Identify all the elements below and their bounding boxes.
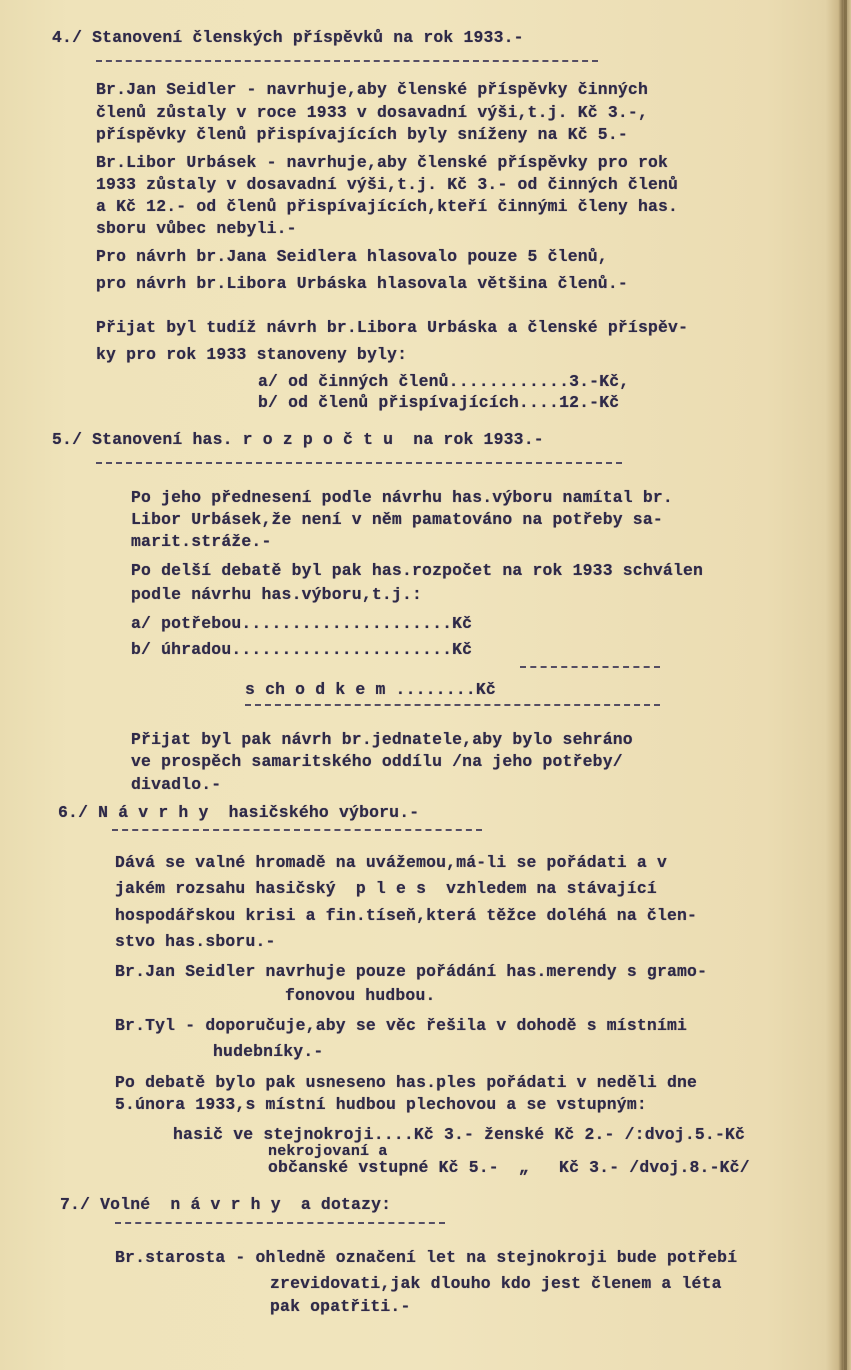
ticket-price-uniformed: hasič ve stejnokroji....Kč 3.- ženské Kč… [173,1125,745,1144]
section-5-line: marit.stráže.- [131,532,272,551]
section-5-line: Přijat byl pak návrh br.jednatele,aby by… [131,730,633,749]
section-6-line: stvo has.sboru.- [115,932,276,951]
page-binding-edge [844,0,847,1370]
section-6-line: Dává se valné hromadě na uvážemou,má-li … [115,853,667,872]
section-4-underline [96,60,598,62]
section-4-line: 1933 zůstaly v dosavadní výši,t.j. Kč 3.… [96,175,678,194]
budget-sum-rule [520,666,660,668]
section-4-line: pro návrh br.Libora Urbáska hlasovala vě… [96,274,628,293]
section-5-line: divadlo.- [131,775,221,794]
section-7-line: zrevidovati,jak dlouho kdo jest členem a… [270,1274,722,1293]
budget-deficit-rule [245,704,660,706]
section-5-line: Libor Urbásek,že není v něm pamatováno n… [131,510,663,529]
section-4-line: Přijat byl tudíž návrh br.Libora Urbáska… [96,318,688,337]
section-6-line: 5.února 1933,s místní hudbou plechovou a… [115,1095,647,1114]
section-6-line: fonovou hudbou. [285,986,436,1005]
budget-deficit: s ch o d k e m ........Kč [245,680,496,699]
section-4-line: Pro návrh br.Jana Seidlera hlasovalo pou… [96,247,608,266]
section-6-heading: 6./ N á v r h y hasičského výboru.- [58,803,419,822]
budget-revenue: b/ úhradou......................Kč [131,640,472,659]
section-5-underline [96,462,622,464]
section-5-line: ve prospěch samaritského oddílu /na jeho… [131,752,623,771]
typewritten-page: 4./ Stanovení členských příspěvků na rok… [0,0,851,1370]
section-4-line: příspěvky členů přispívajících byly sníž… [96,125,628,144]
budget-expenses: a/ potřebou.....................Kč [131,614,472,633]
section-7-heading: 7./ Volné n á v r h y a dotazy: [60,1195,391,1214]
section-6-underline [112,829,482,831]
section-6-line: Po debatě bylo pak usneseno has.ples poř… [115,1073,697,1092]
section-4-line: ky pro rok 1933 stanoveny byly: [96,345,407,364]
section-5-line: Po delší debatě byl pak has.rozpočet na … [131,561,703,580]
section-4-line: Br.Jan Seidler - navrhuje,aby členské př… [96,80,648,99]
fee-item-active: a/ od činných členů............3.-Kč, [258,372,629,391]
section-5-heading: 5./ Stanovení has. r o z p o č t u na ro… [52,430,544,449]
section-7-line: pak opatřiti.- [270,1297,411,1316]
section-7-line: Br.starosta - ohledně označení let na st… [115,1248,737,1267]
section-6-line: Br.Jan Seidler navrhuje pouze pořádání h… [115,962,707,981]
section-5-line: podle návrhu has.výboru,t.j.: [131,585,422,604]
section-5-line: Po jeho přednesení podle návrhu has.výbo… [131,488,673,507]
section-6-line: jakém rozsahu hasičský p l e s vzhledem … [115,879,657,898]
section-7-underline [115,1222,445,1224]
section-4-line: sboru vůbec nebyli.- [96,219,297,238]
section-4-line: a Kč 12.- od členů přispívajících,kteří … [96,197,678,216]
section-6-line: hospodářskou krisi a fin.tíseň,která těž… [115,906,697,925]
section-4-line: členů zůstaly v roce 1933 v dosavadní vý… [96,103,648,122]
section-6-line: Br.Tyl - doporučuje,aby se věc řešila v … [115,1016,687,1035]
section-4-heading: 4./ Stanovení členských příspěvků na rok… [52,28,524,47]
section-4-line: Br.Libor Urbásek - navrhuje,aby členské … [96,153,668,172]
section-6-line: hudebníky.- [213,1042,323,1061]
ticket-price-civilian: občanské vstupné Kč 5.- „ Kč 3.- /dvoj.8… [268,1158,750,1177]
fee-item-supporting: b/ od členů přispívajících....12.-Kč [258,393,619,412]
